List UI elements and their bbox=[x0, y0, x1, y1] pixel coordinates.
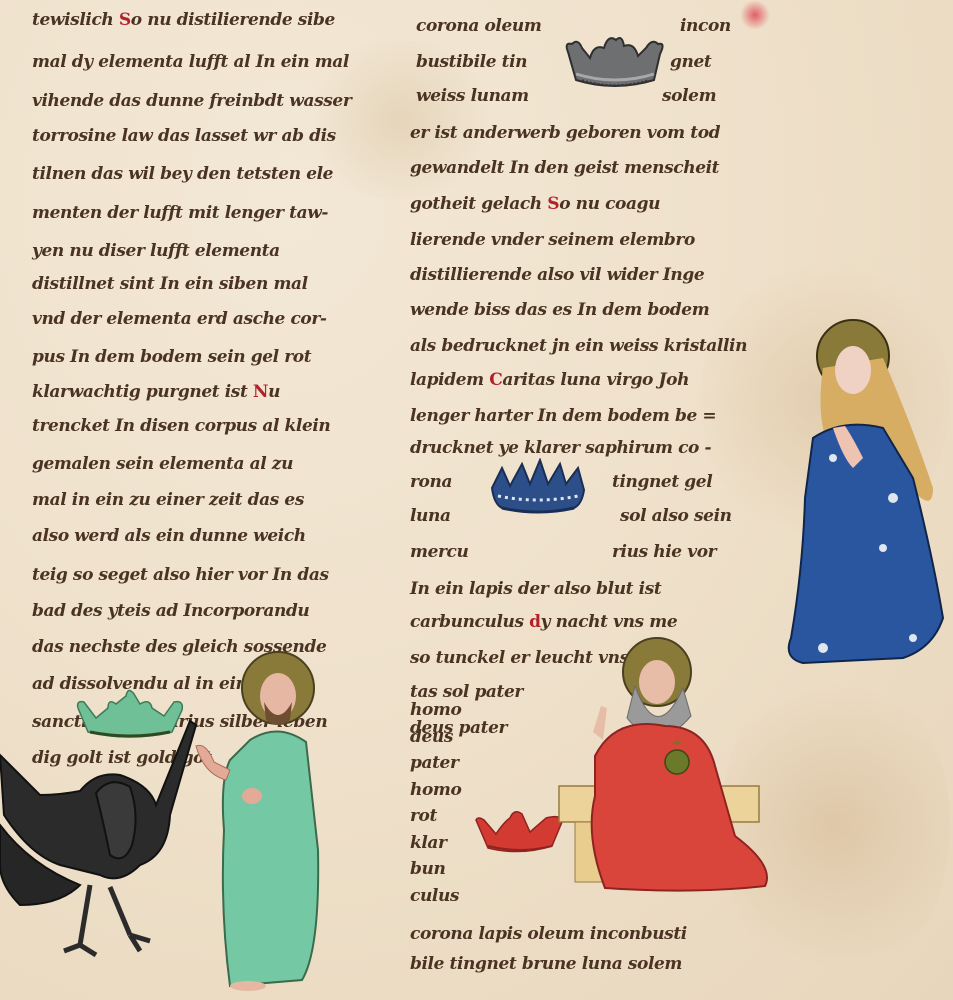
right-text-line: bun bbox=[410, 859, 445, 879]
right-text-line: corona oleum bbox=[416, 16, 541, 36]
right-text-line: luna bbox=[410, 506, 451, 526]
red-robed-god-father-illustration bbox=[555, 636, 780, 896]
line-text: lenger harter In dem bodem be = bbox=[410, 406, 716, 426]
line-text: klar bbox=[410, 833, 447, 853]
right-text-line: corona lapis oleum inconbusti bbox=[410, 924, 687, 944]
line-text: y nacht vns me bbox=[541, 612, 678, 632]
line-text: distillierende also vil wider Inge bbox=[410, 265, 704, 285]
kneeling-virgin-blue-robe-illustration bbox=[783, 318, 953, 673]
right-text-line: gewandelt In den geist menscheit bbox=[410, 158, 719, 178]
line-text: homo bbox=[410, 780, 461, 800]
line-text: culus bbox=[410, 886, 459, 906]
line-text: homo bbox=[410, 700, 461, 720]
right-text-line: wende biss das es In dem bodem bbox=[410, 300, 709, 320]
right-text-line: tas sol pater bbox=[410, 682, 523, 702]
line-text: corona oleum bbox=[416, 16, 541, 36]
right-text-line: carbunculus dy nacht vns me bbox=[410, 612, 677, 632]
right-text-line: pater bbox=[410, 753, 459, 773]
right-text-line: homo bbox=[410, 780, 461, 800]
right-text-line: homo bbox=[410, 700, 461, 720]
line-text: rona bbox=[410, 472, 452, 492]
right-text-line: als bedrucknet jn ein weiss kristallin bbox=[410, 336, 747, 356]
right-text-line: culus bbox=[410, 886, 459, 906]
right-text-line: rot bbox=[410, 806, 437, 826]
line-text: bun bbox=[410, 859, 445, 879]
right-text-line: deus bbox=[410, 727, 453, 747]
red-crown-illustration bbox=[474, 808, 566, 858]
rubricated-initial: d bbox=[529, 612, 541, 632]
right-text-line: rona bbox=[410, 472, 452, 492]
right-text-line: distillierende also vil wider Inge bbox=[410, 265, 704, 285]
line-text: gotheit gelach bbox=[410, 194, 547, 214]
line-text: lierende vnder seinem elembro bbox=[410, 230, 695, 250]
line-text: deus bbox=[410, 727, 453, 747]
line-text: bustibile tin bbox=[416, 52, 527, 72]
line-text: tas sol pater bbox=[410, 682, 523, 702]
right-text-line-continuation: tingnet gel bbox=[612, 472, 712, 492]
line-text: bile tingnet brune luna solem bbox=[410, 954, 682, 974]
line-text: er ist anderwerb geboren vom tod bbox=[410, 123, 720, 143]
right-text-line: mercu bbox=[410, 542, 468, 562]
right-text-line: In ein lapis der also blut ist bbox=[410, 579, 661, 599]
line-text: rot bbox=[410, 806, 437, 826]
right-text-line: lenger harter In dem bodem be = bbox=[410, 406, 716, 426]
line-text: als bedrucknet jn ein weiss kristallin bbox=[410, 336, 747, 356]
line-text: carbunculus bbox=[410, 612, 529, 632]
right-text-line: gotheit gelach So nu coagu bbox=[410, 194, 660, 214]
right-text-line-continuation: rius hie vor bbox=[612, 542, 716, 562]
grey-crown-illustration bbox=[560, 30, 670, 98]
line-text: In ein lapis der also blut ist bbox=[410, 579, 661, 599]
right-text-line: weiss lunam bbox=[416, 86, 529, 106]
green-robed-figure-illustration bbox=[190, 650, 325, 995]
manuscript-page: tewislich So nu distilierende sibemal dy… bbox=[0, 0, 953, 1000]
line-text: luna bbox=[410, 506, 451, 526]
right-text-line-continuation: sol also sein bbox=[620, 506, 732, 526]
line-text: o nu coagu bbox=[559, 194, 660, 214]
right-text-line-continuation: gnet bbox=[670, 52, 711, 72]
line-text: aritas luna virgo Joh bbox=[502, 370, 689, 390]
right-text-line: klar bbox=[410, 833, 447, 853]
right-text-line: bustibile tin bbox=[416, 52, 527, 72]
line-text: corona lapis oleum inconbusti bbox=[410, 924, 687, 944]
line-text: gewandelt In den geist menscheit bbox=[410, 158, 719, 178]
right-text-line: er ist anderwerb geboren vom tod bbox=[410, 123, 720, 143]
line-text: mercu bbox=[410, 542, 468, 562]
rubricated-initial: C bbox=[489, 370, 502, 390]
right-text-line: bile tingnet brune luna solem bbox=[410, 954, 682, 974]
rubricated-initial: S bbox=[547, 194, 559, 214]
right-text-line: lapidem Caritas luna virgo Joh bbox=[410, 370, 689, 390]
line-text: wende biss das es In dem bodem bbox=[410, 300, 709, 320]
right-text-line-continuation: incon bbox=[680, 16, 731, 36]
right-text-line: lierende vnder seinem elembro bbox=[410, 230, 695, 250]
line-text: weiss lunam bbox=[416, 86, 529, 106]
right-text-line: drucknet ye klarer saphirum co - bbox=[410, 438, 711, 458]
line-text: drucknet ye klarer saphirum co - bbox=[410, 438, 711, 458]
right-text-line-continuation: solem bbox=[662, 86, 716, 106]
raven-illustration bbox=[0, 715, 200, 975]
blue-crown-illustration bbox=[488, 458, 588, 516]
line-text: pater bbox=[410, 753, 459, 773]
line-text: lapidem bbox=[410, 370, 489, 390]
